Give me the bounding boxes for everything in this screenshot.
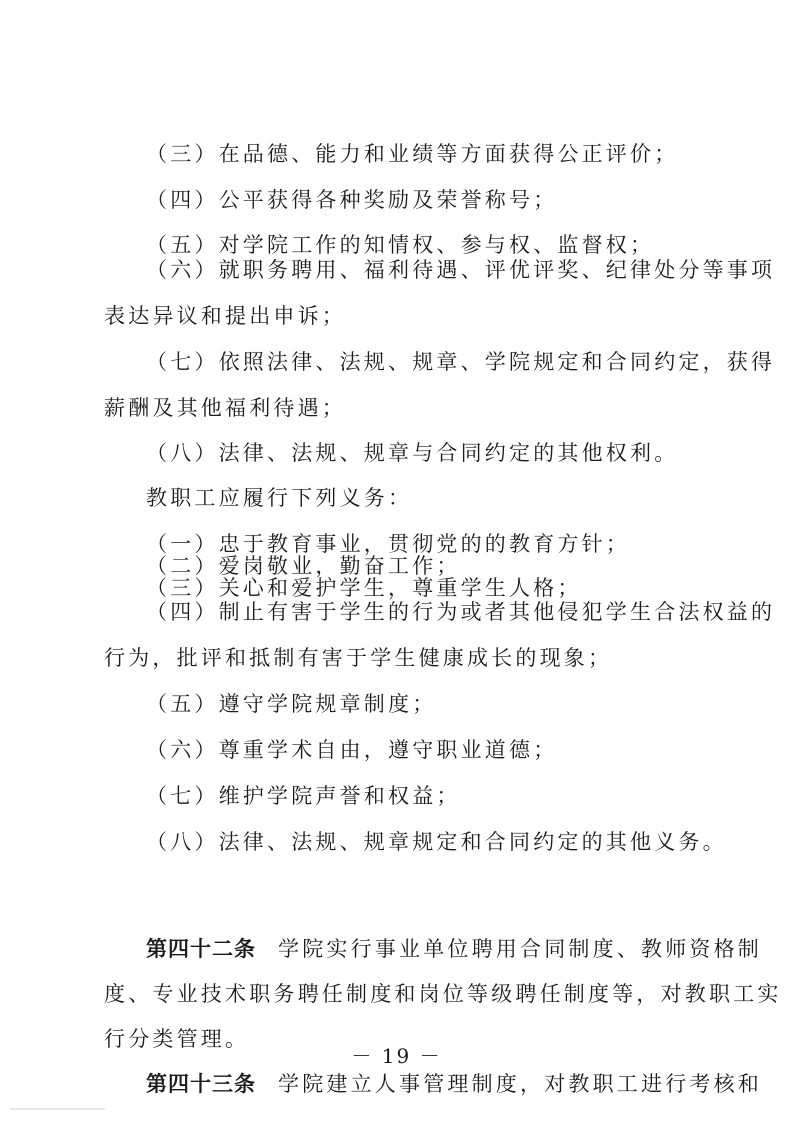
- text-line: 教职工应履行下列义务：: [146, 484, 412, 512]
- document-page: （三）在品德、能力和业绩等方面获得公正评价； （四）公平获得各种奖励及荣誉称号；…: [0, 0, 793, 1121]
- text-line: 薪酬及其他福利待遇；: [104, 394, 346, 422]
- text-line: （六）就职务聘用、福利待遇、评优评奖、纪律处分等事项: [146, 256, 775, 284]
- text-line: （八）法律、法规、规章与合同约定的其他权利。: [146, 439, 678, 467]
- text-line: 行为，批评和抵制有害于学生健康成长的现象；: [104, 644, 612, 672]
- article-43-first-line: 第四十三条学院建立人事管理制度，对教职工进行考核和: [146, 1070, 762, 1098]
- text-line: （六）尊重学术自由，遵守职业道德；: [146, 736, 557, 764]
- text-line: （八）法律、法规、规章规定和合同约定的其他义务。: [146, 828, 727, 856]
- text-line: （七）依照法律、法规、规章、学院规定和合同约定，获得: [146, 348, 775, 376]
- text-line: （四）公平获得各种奖励及荣誉称号；: [146, 186, 557, 214]
- text-line: （四）制止有害于学生的行为或者其他侵犯学生合法权益的: [146, 598, 775, 626]
- text-line: （七）维护学院声誉和权益；: [146, 782, 461, 810]
- article-text: 学院建立人事管理制度，对教职工进行考核和: [278, 1072, 762, 1096]
- text-line: （三）在品德、能力和业绩等方面获得公正评价；: [146, 140, 678, 168]
- text-line: （五）遵守学院规章制度；: [146, 690, 436, 718]
- page-number: － 19 －: [0, 1040, 793, 1069]
- article-heading: 第四十二条: [146, 937, 256, 961]
- text-line: 表达异议和提出申诉；: [104, 302, 346, 330]
- footer-rule: [10, 1108, 105, 1110]
- article-42-first-line: 第四十二条学院实行事业单位聘用合同制度、教师资格制: [146, 935, 762, 963]
- article-text: 学院实行事业单位聘用合同制度、教师资格制: [278, 937, 762, 961]
- text-line: （五）对学院工作的知情权、参与权、监督权；: [146, 231, 654, 259]
- article-heading: 第四十三条: [146, 1072, 256, 1096]
- text-line: 度、专业技术职务聘任制度和岗位等级聘任制度等，对教职工实: [104, 980, 782, 1008]
